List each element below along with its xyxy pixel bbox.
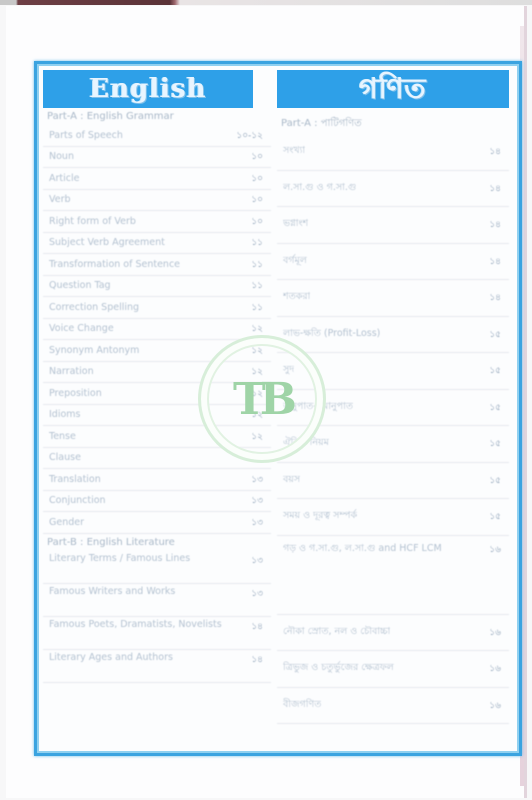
toc-row-title: সংখ্যা <box>283 144 305 159</box>
toc-row: Noun১০ <box>43 147 271 169</box>
toc-row: Question Tag১১ <box>43 276 271 298</box>
math-contents-list: সংখ্যা১৪ল.সা.গু ও গ.সা.গু১৪ভগ্নাংশ১৪বর্গ… <box>277 134 509 724</box>
toc-row-title: ল.সা.গু ও গ.সা.গু <box>283 181 356 196</box>
toc-row-page: ১৪ <box>489 181 501 196</box>
toc-row-title: সুদ <box>283 363 294 378</box>
toc-row-page: ১৩ <box>251 586 263 601</box>
toc-row: অনুপাত-সমানুপাত১৫ <box>277 390 509 427</box>
toc-row-title: Question Tag <box>49 280 111 291</box>
toc-row-page: ১০ <box>251 149 263 164</box>
toc-row-title: ভগ্নাংশ <box>283 217 308 232</box>
toc-row-title: বর্গমূল <box>283 254 307 269</box>
toc-row: বর্গমূল১৪ <box>277 244 509 281</box>
toc-row: Clause১৩ <box>43 448 271 470</box>
toc-row-page: ১২ <box>251 407 263 422</box>
toc-row-title: শতকরা <box>283 290 310 305</box>
toc-row-page: ১০ <box>251 192 263 207</box>
toc-row-page: ১১ <box>251 300 263 315</box>
toc-row-title: Parts of Speech <box>49 130 123 141</box>
toc-row: Conjunction১৩ <box>43 491 271 513</box>
toc-row-title: Synonym Antonym <box>49 345 139 356</box>
toc-row: ভগ্নাংশ১৪ <box>277 207 509 244</box>
toc-row-title: Narration <box>49 366 94 377</box>
math-header: গণিত <box>277 70 509 108</box>
toc-row: বীজগণিত১৬ <box>277 688 509 725</box>
toc-row: Article১০ <box>43 168 271 190</box>
toc-row-title: অনুপাত-সমানুপাত <box>283 400 353 415</box>
toc-row-page: ১৪ <box>489 217 501 232</box>
toc-row: Voice Change১২ <box>43 319 271 341</box>
toc-row-page: ১২ <box>251 386 263 401</box>
english-contents-list: Parts of Speech১০-১২Noun১০Article১০Verb১… <box>43 125 271 534</box>
toc-row-title: Preposition <box>49 388 102 399</box>
toc-row-page: ১৩ <box>251 450 263 465</box>
toc-row-page: ১১ <box>251 257 263 272</box>
contents-frame: English Part-A : English Grammar Parts o… <box>34 61 522 756</box>
toc-row: ঐকিক নিয়ম১৫ <box>277 426 509 463</box>
toc-row: Narration১২ <box>43 362 271 384</box>
toc-row-page: ১৬ <box>489 661 501 676</box>
toc-row: Gender১৩ <box>43 512 271 534</box>
toc-row-title: Literary Ages and Authors <box>49 652 173 663</box>
toc-row-title: বীজগণিত <box>283 698 321 713</box>
toc-row-page: ১৫ <box>489 436 501 451</box>
toc-row-title: গড় ও গ.সা.গু, ল.সা.গু and HCF LCM <box>283 542 442 557</box>
toc-row-title: Article <box>49 173 79 184</box>
toc-row: Famous Poets, Dramatists, Novelists১৪ <box>43 617 271 650</box>
toc-row-page: ১৫ <box>489 363 501 378</box>
toc-row: Correction Spelling১১ <box>43 297 271 319</box>
toc-row: ল.সা.গু ও গ.সা.গু১৪ <box>277 171 509 208</box>
english-section-grammar: Part-A : English Grammar <box>43 108 271 125</box>
toc-row-page: ১২ <box>251 321 263 336</box>
toc-row-title: লাভ-ক্ষতি (Profit-Loss) <box>283 327 380 342</box>
toc-row-title: Voice Change <box>49 323 114 334</box>
photo-top-edge <box>0 0 532 5</box>
toc-row-title: Verb <box>49 194 71 205</box>
toc-row: শতকরা১৪ <box>277 280 509 317</box>
toc-row: লাভ-ক্ষতি (Profit-Loss)১৫ <box>277 317 509 354</box>
toc-row-page: ১১ <box>251 278 263 293</box>
toc-row: Idioms১২ <box>43 405 271 427</box>
toc-row-page: ১১ <box>251 235 263 250</box>
toc-row-page: ১৪ <box>489 254 501 269</box>
toc-row-page: ১৩ <box>251 553 263 568</box>
toc-row-page: ১২ <box>251 343 263 358</box>
toc-row-title: Right form of Verb <box>49 216 136 227</box>
toc-row-page: ১৪ <box>489 290 501 305</box>
toc-row: সুদ১৫ <box>277 353 509 390</box>
toc-row-page: ১৫ <box>489 327 501 342</box>
math-section-arithmetic: Part-A : পাটিগণিত <box>277 108 509 134</box>
toc-row-title: Clause <box>49 452 81 463</box>
toc-row: Literary Ages and Authors১৪ <box>43 650 271 683</box>
toc-row: Verb১০ <box>43 190 271 212</box>
toc-row-title: নৌকা স্রোত, নল ও চৌবাচ্চা <box>283 625 390 640</box>
toc-row-page: ১৩ <box>251 515 263 530</box>
toc-row-title: ঐকিক নিয়ম <box>283 436 329 451</box>
toc-row-page: ১০ <box>251 214 263 229</box>
toc-row-page: ১৫ <box>489 473 501 488</box>
toc-row-page: ১৬ <box>489 698 501 713</box>
toc-row-page: ১৫ <box>489 400 501 415</box>
english-header: English <box>43 70 253 108</box>
toc-row-page: ১৪ <box>489 144 501 159</box>
toc-row: সংখ্যা১৪ <box>277 134 509 171</box>
toc-row-title: Famous Poets, Dramatists, Novelists <box>49 619 222 630</box>
toc-row-page: ১৪ <box>251 619 263 634</box>
toc-row-title: Transformation of Sentence <box>49 259 180 270</box>
toc-row-title: Literary Terms / Famous Lines <box>49 553 190 564</box>
toc-row-page: ১৪ <box>251 652 263 667</box>
english-column: English Part-A : English Grammar Parts o… <box>43 70 271 747</box>
toc-row-title: Gender <box>49 517 84 528</box>
toc-row-page: ১২ <box>251 429 263 444</box>
toc-row-page: ১৩ <box>251 472 263 487</box>
toc-row-page: ১৫ <box>489 509 501 524</box>
toc-row: Right form of Verb১০ <box>43 211 271 233</box>
toc-row-title: Famous Writers and Works <box>49 586 175 597</box>
english-literature-list: Literary Terms / Famous Lines১৩Famous Wr… <box>43 551 271 683</box>
toc-row: Literary Terms / Famous Lines১৩ <box>43 551 271 584</box>
toc-row-page: ১০-১২ <box>236 128 263 143</box>
toc-row: বয়স১৫ <box>277 463 509 500</box>
toc-row: গড় ও গ.সা.গু, ল.সা.গু and HCF LCM১৬ <box>277 536 509 615</box>
toc-row: Famous Writers and Works১৩ <box>43 584 271 617</box>
toc-row-title: Translation <box>49 474 101 485</box>
toc-row: নৌকা স্রোত, নল ও চৌবাচ্চা১৬ <box>277 615 509 652</box>
toc-row: Preposition১২ <box>43 383 271 405</box>
toc-row-title: Idioms <box>49 409 81 420</box>
toc-row-page: ১৬ <box>489 625 501 640</box>
toc-row: Synonym Antonym১২ <box>43 340 271 362</box>
english-section-literature: Part-B : English Literature <box>43 534 271 551</box>
toc-row-page: ১৩ <box>251 493 263 508</box>
toc-row: Transformation of Sentence১১ <box>43 254 271 276</box>
toc-row-title: Tense <box>49 431 76 442</box>
toc-row: Tense১২ <box>43 426 271 448</box>
toc-row-page: ১২ <box>251 364 263 379</box>
toc-row: Subject Verb Agreement১১ <box>43 233 271 255</box>
toc-row-title: Subject Verb Agreement <box>49 237 165 248</box>
toc-row-title: Noun <box>49 151 74 162</box>
toc-row: Translation১৩ <box>43 469 271 491</box>
toc-row-title: বয়স <box>283 473 300 488</box>
toc-row-title: সময় ও দূরত্ব সম্পর্ক <box>283 509 357 524</box>
math-column: গণিত Part-A : পাটিগণিত সংখ্যা১৪ল.সা.গু ও… <box>277 70 509 747</box>
toc-row: Parts of Speech১০-১২ <box>43 125 271 147</box>
toc-row-page: ১৬ <box>489 542 501 557</box>
toc-row: ত্রিভুজ ও চতুর্ভুজের ক্ষেত্রফল১৬ <box>277 651 509 688</box>
toc-row-title: Correction Spelling <box>49 302 139 313</box>
toc-row-title: ত্রিভুজ ও চতুর্ভুজের ক্ষেত্রফল <box>283 661 394 676</box>
toc-row-title: Conjunction <box>49 495 106 506</box>
toc-row-page: ১০ <box>251 171 263 186</box>
toc-row: সময় ও দূরত্ব সম্পর্ক১৫ <box>277 499 509 536</box>
